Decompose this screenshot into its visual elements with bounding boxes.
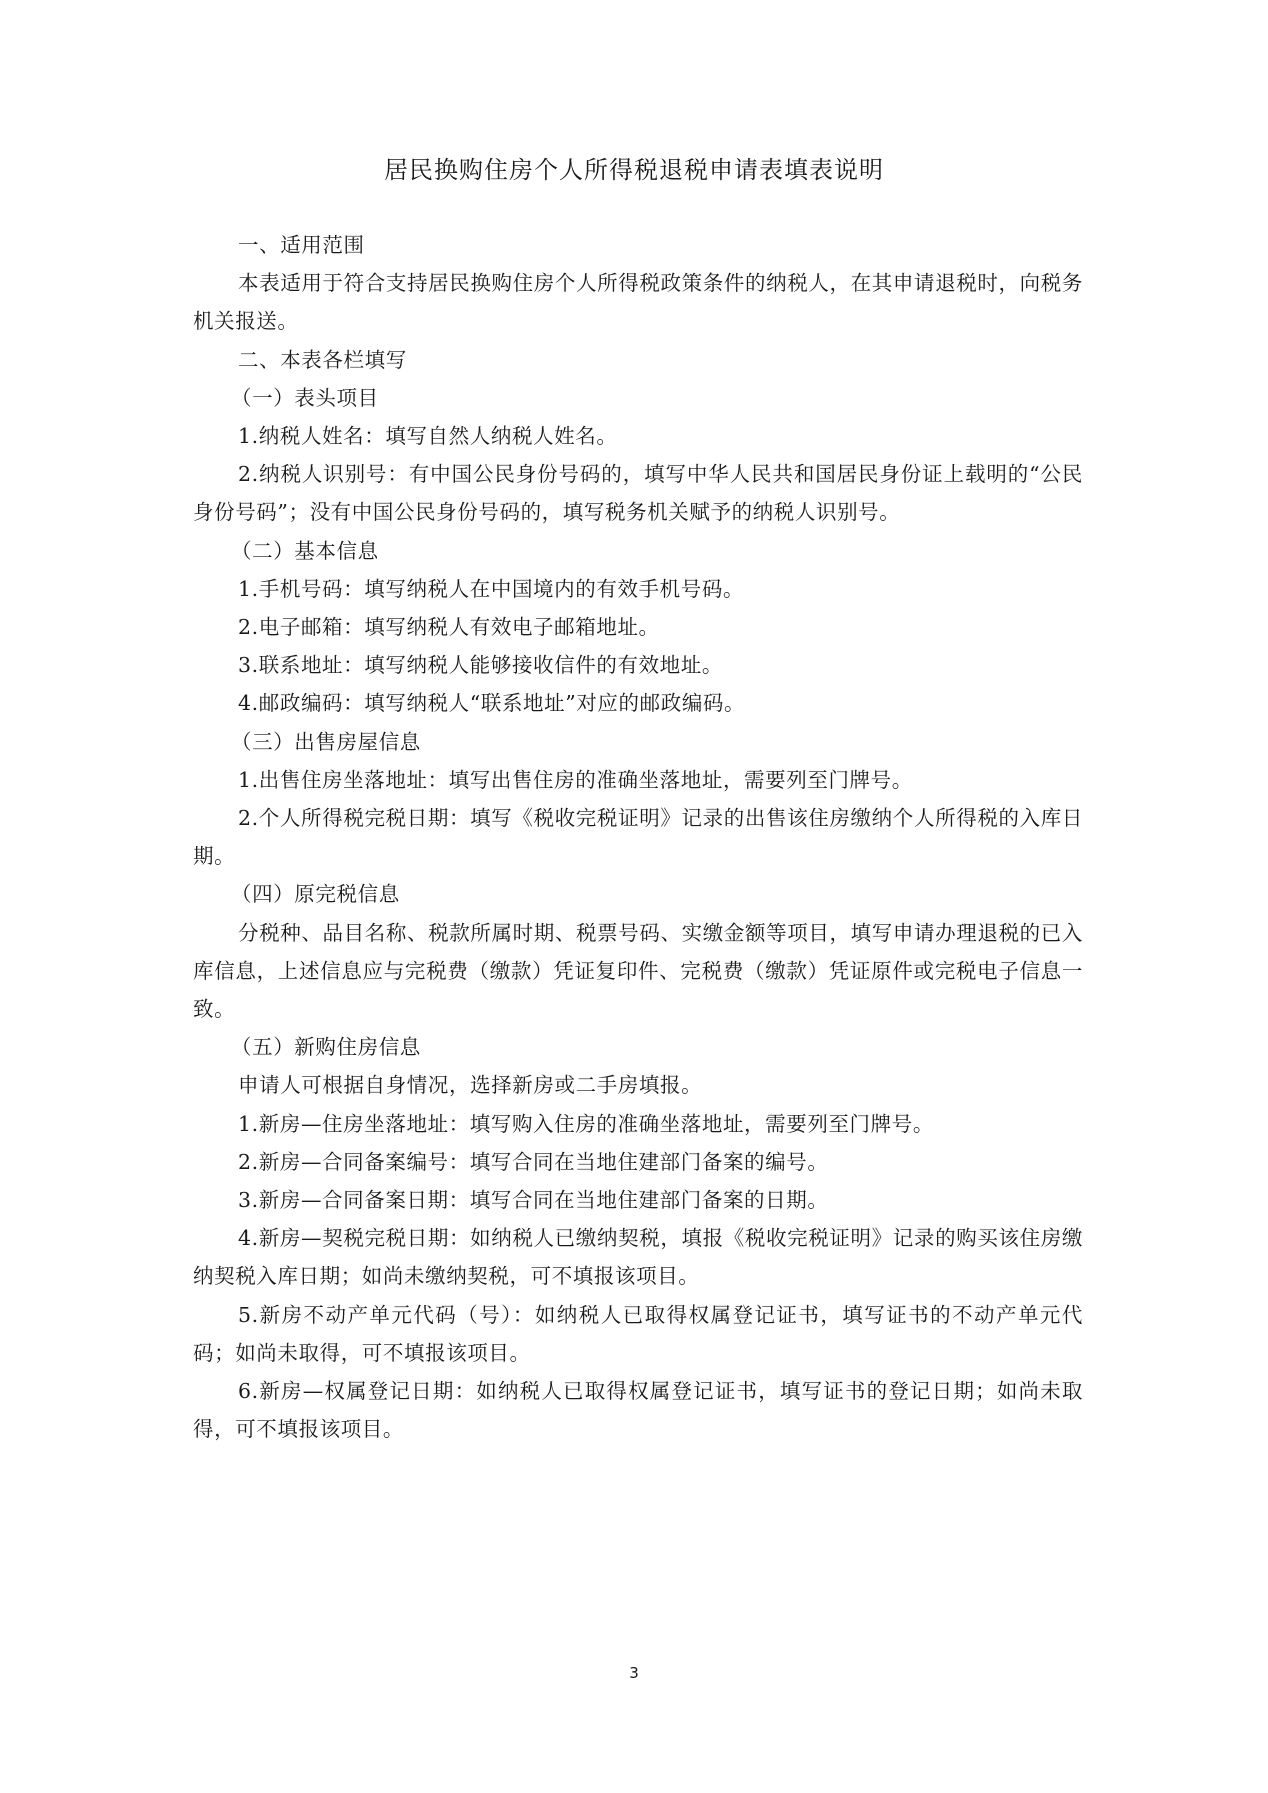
paragraph-taxpayer-name: 1.纳税人姓名：填写自然人纳税人姓名。 — [193, 417, 1083, 455]
document-body: 一、适用范围 本表适用于符合支持居民换购住房个人所得税政策条件的纳税人，在其申请… — [193, 226, 1083, 1449]
paragraph-scope: 本表适用于符合支持居民换购住房个人所得税政策条件的纳税人，在其申请退税时，向税务… — [193, 264, 1083, 340]
paragraph-address: 3.联系地址：填写纳税人能够接收信件的有效地址。 — [193, 646, 1083, 684]
paragraph-deed-tax-date: 4.新房—契税完税日期：如纳税人已缴纳契税，填报《税收完税证明》记录的购买该住房… — [193, 1219, 1083, 1295]
paragraph-email: 2.电子邮箱：填写纳税人有效电子邮箱地址。 — [193, 608, 1083, 646]
paragraph-contract-date: 3.新房—合同备案日期：填写合同在当地住建部门备案的日期。 — [193, 1181, 1083, 1219]
section-heading-fields: 二、本表各栏填写 — [193, 341, 1083, 379]
subheading-sold-house: （三）出售房屋信息 — [193, 723, 1083, 761]
document-title: 居民换购住房个人所得税退税申请表填表说明 — [0, 150, 1268, 185]
paragraph-mobile: 1.手机号码：填写纳税人在中国境内的有效手机号码。 — [193, 570, 1083, 608]
document-page: 居民换购住房个人所得税退税申请表填表说明 一、适用范围 本表适用于符合支持居民换… — [0, 0, 1268, 1793]
paragraph-new-house-intro: 申请人可根据自身情况，选择新房或二手房填报。 — [193, 1066, 1083, 1104]
paragraph-original-tax: 分税种、品目名称、税款所属时期、税票号码、实缴金额等项目，填写申请办理退税的已入… — [193, 914, 1083, 1029]
subheading-original-tax: （四）原完税信息 — [193, 875, 1083, 913]
paragraph-property-code: 5.新房不动产单元代码（号）：如纳税人已取得权属登记证书，填写证书的不动产单元代… — [193, 1296, 1083, 1372]
subheading-header-items: （一）表头项目 — [193, 379, 1083, 417]
paragraph-tax-date: 2.个人所得税完税日期：填写《税收完税证明》记录的出售该住房缴纳个人所得税的入库… — [193, 799, 1083, 875]
subheading-new-house: （五）新购住房信息 — [193, 1028, 1083, 1066]
paragraph-sold-address: 1.出售住房坐落地址：填写出售住房的准确坐落地址，需要列至门牌号。 — [193, 761, 1083, 799]
paragraph-taxpayer-id: 2.纳税人识别号：有中国公民身份号码的，填写中华人民共和国居民身份证上载明的“公… — [193, 455, 1083, 531]
paragraph-contract-number: 2.新房—合同备案编号：填写合同在当地住建部门备案的编号。 — [193, 1143, 1083, 1181]
subheading-basic-info: （二）基本信息 — [193, 532, 1083, 570]
paragraph-new-address: 1.新房—住房坐落地址：填写购入住房的准确坐落地址，需要列至门牌号。 — [193, 1105, 1083, 1143]
paragraph-postcode: 4.邮政编码：填写纳税人“联系地址”对应的邮政编码。 — [193, 684, 1083, 722]
page-number: 3 — [0, 1664, 1268, 1682]
paragraph-registration-date: 6.新房—权属登记日期：如纳税人已取得权属登记证书，填写证书的登记日期；如尚未取… — [193, 1372, 1083, 1448]
section-heading-scope: 一、适用范围 — [193, 226, 1083, 264]
